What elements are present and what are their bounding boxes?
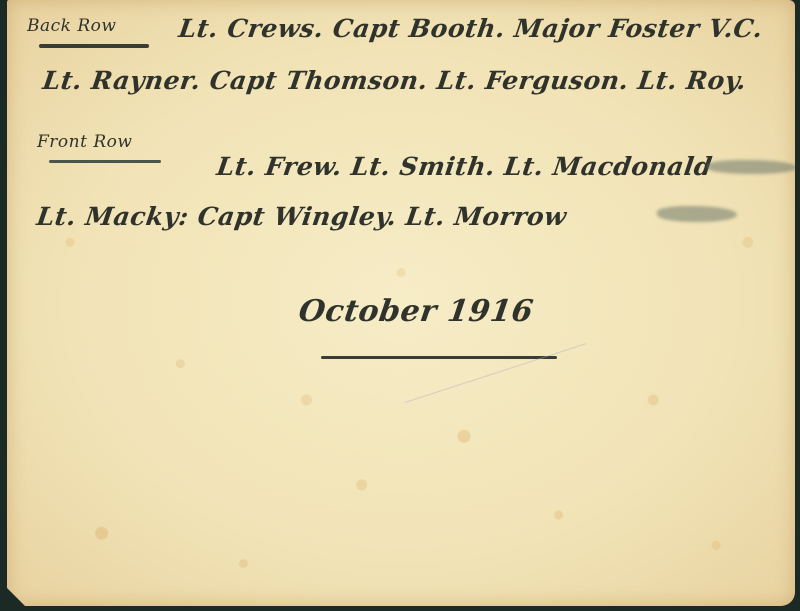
- faint-pencil-mark: [405, 343, 586, 403]
- front-row-line-2: Lt. Macky: Capt Wingley. Lt. Morrow: [35, 202, 568, 231]
- ink-smear: [657, 206, 737, 222]
- back-row-line-1: Lt. Crews. Capt Booth. Major Foster V.C.: [177, 14, 765, 43]
- back-row-underline: [39, 44, 149, 48]
- scanned-card: Back Row Lt. Crews. Capt Booth. Major Fo…: [0, 0, 800, 611]
- ink-smear: [707, 160, 797, 174]
- date-underline: [321, 356, 557, 359]
- front-row-label: Front Row: [37, 132, 132, 152]
- date-text: October 1916: [297, 294, 536, 329]
- front-row-underline: [49, 160, 161, 163]
- back-row-line-2: Lt. Rayner. Capt Thomson. Lt. Ferguson. …: [41, 66, 748, 95]
- paper-card: Back Row Lt. Crews. Capt Booth. Major Fo…: [7, 0, 795, 606]
- front-row-line-1: Lt. Frew. Lt. Smith. Lt. Macdonald: [215, 152, 714, 181]
- back-row-label: Back Row: [27, 16, 116, 36]
